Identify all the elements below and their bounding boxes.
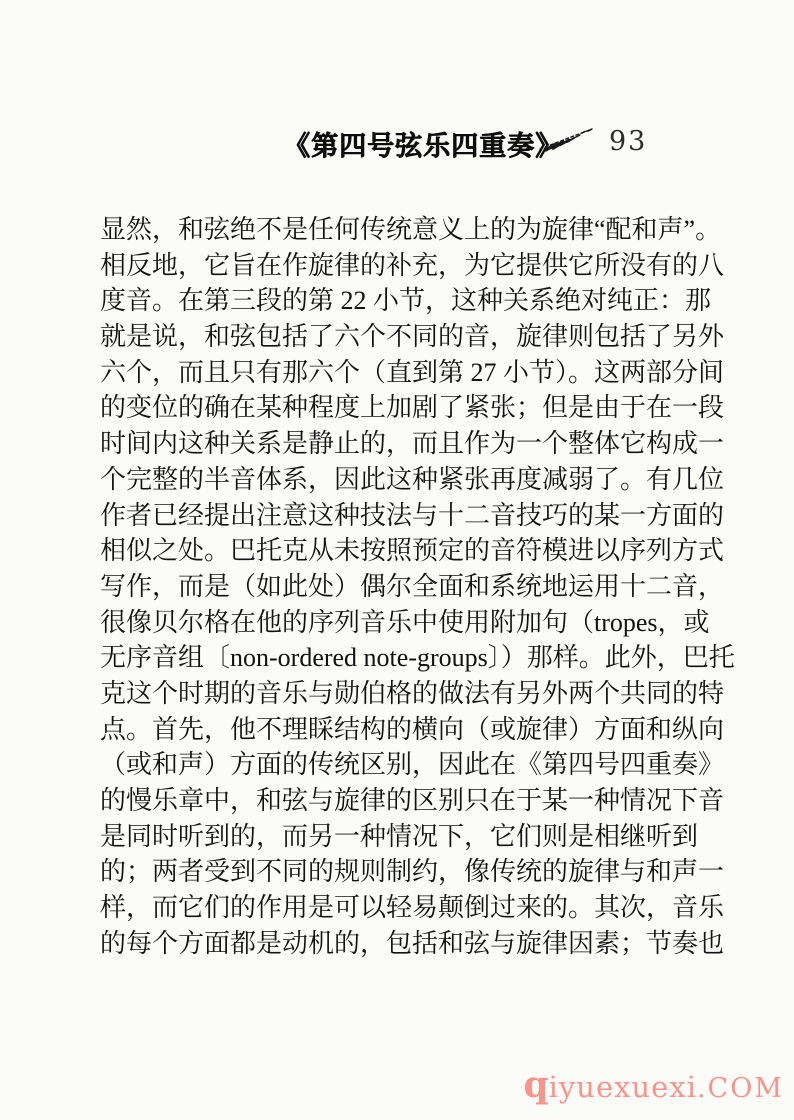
text-line: 是同时听到的，而另一种情况下，它们则是相继听到	[100, 819, 693, 855]
text-line: （或和声）方面的传统区别，因此在《第四号四重奏》	[100, 747, 693, 783]
pen-scribble-icon	[536, 121, 600, 157]
page-number: 93	[609, 126, 647, 157]
text-line: 相反地，它旨在作旋律的补充，为它提供它所没有的八	[100, 248, 693, 284]
text-line: 无序音组〔non-ordered note-groups〕）那样。此外，巴托	[100, 640, 693, 676]
text-line: 的；两者受到不同的规则制约，像传统的旋律与和声一	[100, 854, 693, 890]
text-line: 个完整的半音体系，因此这种紧张再度减弱了。有几位	[100, 462, 693, 498]
running-header-title: 《第四号弦乐四重奏》	[283, 124, 563, 163]
text-line: 的慢乐章中，和弦与旋律的区别只在于某一种情况下音	[100, 783, 693, 819]
text-line: 显然，和弦绝不是任何传统意义上的为旋律“配和声”。	[100, 212, 693, 248]
body-paragraph: 显然，和弦绝不是任何传统意义上的为旋律“配和声”。 相反地，它旨在作旋律的补充，…	[100, 212, 693, 961]
text-line: 六个，而且只有那六个（直到第 27 小节）。这两部分间	[100, 355, 693, 391]
watermark-tld: .COM	[697, 1073, 784, 1104]
text-line: 样，而它们的作用是可以轻易颠倒过来的。其次，音乐	[100, 890, 693, 926]
text-line: 克这个时期的音乐与勋伯格的做法有另外两个共同的特	[100, 676, 693, 712]
text-line: 的每个方面都是动机的，包括和弦与旋律因素；节奏也	[100, 926, 693, 962]
site-watermark: qiyuexuexi.COM	[523, 1064, 784, 1106]
text-line: 度音。在第三段的第 22 小节，这种关系绝对纯正：那	[100, 283, 693, 319]
text-line: 点。首先，他不理睬结构的横向（或旋律）方面和纵向	[100, 712, 693, 748]
text-line: 相似之处。巴托克从未按照预定的音符模进以序列方式	[100, 533, 693, 569]
text-line: 的变位的确在某种程度上加剧了紧张；但是由于在一段	[100, 390, 693, 426]
watermark-prefix: q	[523, 1064, 548, 1106]
watermark-domain: iyuexuexi	[549, 1070, 697, 1104]
text-line: 时间内这种关系是静止的，而且作为一个整体它构成一	[100, 426, 693, 462]
text-line: 就是说，和弦包括了六个不同的音，旋律则包括了另外	[100, 319, 693, 355]
text-line: 写作，而是（如此处）偶尔全面和系统地运用十二音，	[100, 569, 693, 605]
text-line: 作者已经提出注意这种技法与十二音技巧的某一方面的	[100, 498, 693, 534]
scanned-book-page: 《第四号弦乐四重奏》 93 显然，和弦绝不是任何传统意义上的为旋律“配和声”。 …	[0, 0, 794, 1120]
text-line: 很像贝尔格在他的序列音乐中使用附加句（tropes，或	[100, 605, 693, 641]
